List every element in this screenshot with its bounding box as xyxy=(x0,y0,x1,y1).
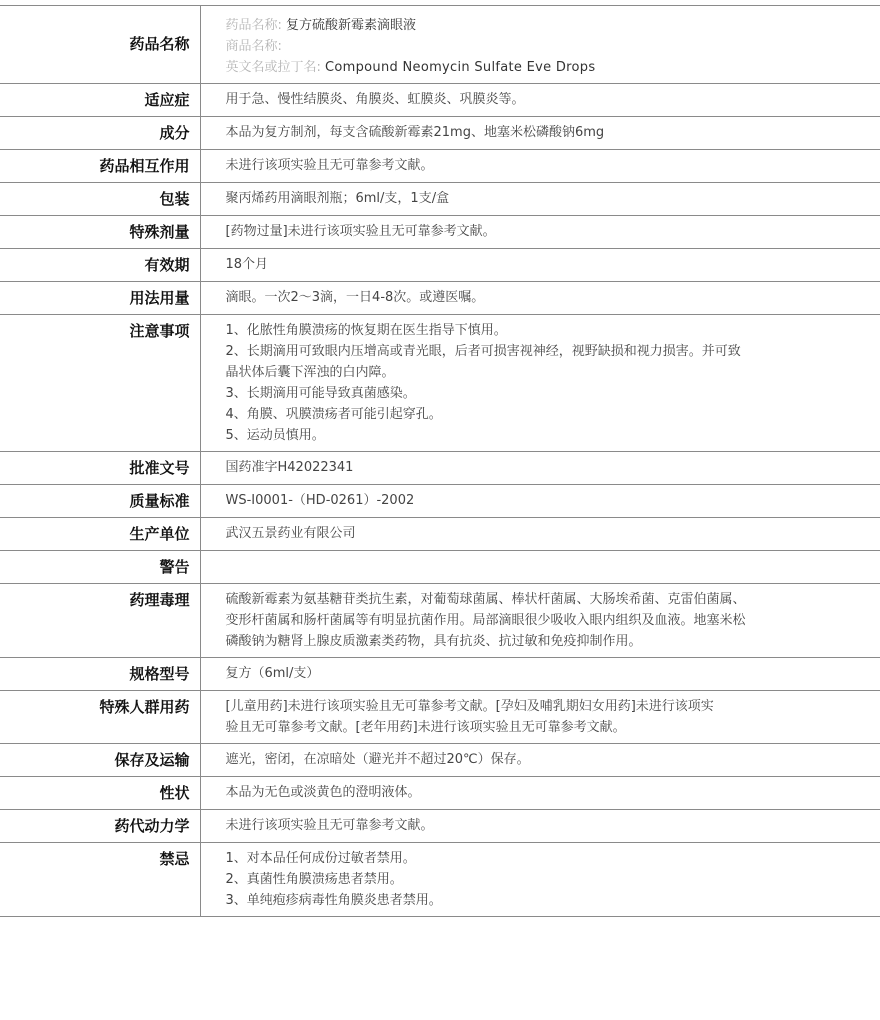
value-line: 遮光，密闭，在凉暗处（避光并不超过20℃）保存。 xyxy=(226,749,880,770)
row-value: [药物过量]未进行该项实验且无可靠参考文献。 xyxy=(200,216,880,249)
row-label: 包装 xyxy=(0,183,200,216)
value-line: 2、真菌性角膜溃疡患者禁用。 xyxy=(226,869,880,890)
row-value: 本品为复方制剂，每支含硫酸新霉素21mg、地塞米松磷酸钠6mg xyxy=(200,117,880,150)
row-value: 用于急、慢性结膜炎、角膜炎、虹膜炎、巩膜炎等。 xyxy=(200,84,880,117)
table-row: 适应症用于急、慢性结膜炎、角膜炎、虹膜炎、巩膜炎等。 xyxy=(0,84,880,117)
row-value: 18个月 xyxy=(200,249,880,282)
value-line: 2、长期滴用可致眼内压增高或青光眼，后者可损害视神经，视野缺损和视力损害。并可致 xyxy=(226,341,880,362)
row-label: 批准文号 xyxy=(0,452,200,485)
value-line: 3、单纯疱疹病毒性角膜炎患者禁用。 xyxy=(226,890,880,911)
value-line: 变形杆菌属和肠杆菌属等有明显抗菌作用。局部滴眼很少吸收入眼内组织及血液。地塞米松 xyxy=(226,610,880,631)
generic-name-value: 复方硫酸新霉素滴眼液 xyxy=(286,18,416,33)
row-label: 规格型号 xyxy=(0,658,200,691)
row-label: 药品相互作用 xyxy=(0,150,200,183)
value-line: 验且无可靠参考文献。[老年用药]未进行该项实验且无可靠参考文献。 xyxy=(226,717,880,738)
table-row: 保存及运输遮光，密闭，在凉暗处（避光并不超过20℃）保存。 xyxy=(0,744,880,777)
value-line: WS-I0001-（HD-0261）-2002 xyxy=(226,490,880,511)
row-label: 药品名称 xyxy=(0,6,200,84)
row-value: 药品名称: 复方硫酸新霉素滴眼液 商品名称: 英文名或拉丁名: Compound… xyxy=(200,6,880,84)
english-name-line: 英文名或拉丁名: Compound Neomycin Sulfate Eve D… xyxy=(226,57,880,78)
table-row: 特殊剂量[药物过量]未进行该项实验且无可靠参考文献。 xyxy=(0,216,880,249)
row-value: 硫酸新霉素为氨基糖苷类抗生素，对葡萄球菌属、棒状杆菌属、大肠埃希菌、克雷伯菌属、… xyxy=(200,584,880,658)
row-label: 成分 xyxy=(0,117,200,150)
value-line: 复方（6ml/支） xyxy=(226,663,880,684)
row-label: 生产单位 xyxy=(0,518,200,551)
table-row: 药理毒理硫酸新霉素为氨基糖苷类抗生素，对葡萄球菌属、棒状杆菌属、大肠埃希菌、克雷… xyxy=(0,584,880,658)
row-value: 未进行该项实验且无可靠参考文献。 xyxy=(200,150,880,183)
row-value: 武汉五景药业有限公司 xyxy=(200,518,880,551)
table-row: 质量标准WS-I0001-（HD-0261）-2002 xyxy=(0,485,880,518)
row-label: 性状 xyxy=(0,777,200,810)
value-line: 5、运动员慎用。 xyxy=(226,425,880,446)
row-label: 用法用量 xyxy=(0,282,200,315)
generic-name-line: 药品名称: 复方硫酸新霉素滴眼液 xyxy=(226,15,880,36)
row-value: 复方（6ml/支） xyxy=(200,658,880,691)
value-line: 未进行该项实验且无可靠参考文献。 xyxy=(226,155,880,176)
value-line: 用于急、慢性结膜炎、角膜炎、虹膜炎、巩膜炎等。 xyxy=(226,89,880,110)
row-value: 1、化脓性角膜溃疡的恢复期在医生指导下慎用。2、长期滴用可致眼内压增高或青光眼，… xyxy=(200,315,880,452)
value-line: [儿童用药]未进行该项实验且无可靠参考文献。[孕妇及哺乳期妇女用药]未进行该项实 xyxy=(226,696,880,717)
drug-spec-table: 药品名称 药品名称: 复方硫酸新霉素滴眼液 商品名称: 英文名或拉丁名: Com… xyxy=(0,5,880,917)
row-value: 未进行该项实验且无可靠参考文献。 xyxy=(200,810,880,843)
table-row: 包装聚丙烯药用滴眼剂瓶；6ml/支，1支/盒 xyxy=(0,183,880,216)
row-value: 国药准字H42022341 xyxy=(200,452,880,485)
value-line: 磷酸钠为糖肾上腺皮质激素类药物，具有抗炎、抗过敏和免疫抑制作用。 xyxy=(226,631,880,652)
row-label: 药理毒理 xyxy=(0,584,200,658)
table-row: 注意事项1、化脓性角膜溃疡的恢复期在医生指导下慎用。2、长期滴用可致眼内压增高或… xyxy=(0,315,880,452)
row-label: 注意事项 xyxy=(0,315,200,452)
table-row: 禁忌1、对本品任何成份过敏者禁用。2、真菌性角膜溃疡患者禁用。3、单纯疱疹病毒性… xyxy=(0,843,880,917)
value-line: 武汉五景药业有限公司 xyxy=(226,523,880,544)
value-line: 聚丙烯药用滴眼剂瓶；6ml/支，1支/盒 xyxy=(226,188,880,209)
value-line xyxy=(226,556,880,577)
row-value: 1、对本品任何成份过敏者禁用。2、真菌性角膜溃疡患者禁用。3、单纯疱疹病毒性角膜… xyxy=(200,843,880,917)
row-label: 质量标准 xyxy=(0,485,200,518)
row-value: 滴眼。一次2～3滴，一日4-8次。或遵医嘱。 xyxy=(200,282,880,315)
value-line: 硫酸新霉素为氨基糖苷类抗生素，对葡萄球菌属、棒状杆菌属、大肠埃希菌、克雷伯菌属、 xyxy=(226,589,880,610)
table-row: 成分本品为复方制剂，每支含硫酸新霉素21mg、地塞米松磷酸钠6mg xyxy=(0,117,880,150)
value-line: 本品为复方制剂，每支含硫酸新霉素21mg、地塞米松磷酸钠6mg xyxy=(226,122,880,143)
value-line: 滴眼。一次2～3滴，一日4-8次。或遵医嘱。 xyxy=(226,287,880,308)
value-line: 1、化脓性角膜溃疡的恢复期在医生指导下慎用。 xyxy=(226,320,880,341)
table-row-drug-name: 药品名称 药品名称: 复方硫酸新霉素滴眼液 商品名称: 英文名或拉丁名: Com… xyxy=(0,6,880,84)
row-label: 特殊剂量 xyxy=(0,216,200,249)
row-value: 聚丙烯药用滴眼剂瓶；6ml/支，1支/盒 xyxy=(200,183,880,216)
value-line: 4、角膜、巩膜溃疡者可能引起穿孔。 xyxy=(226,404,880,425)
table-row: 药代动力学未进行该项实验且无可靠参考文献。 xyxy=(0,810,880,843)
row-value: 本品为无色或淡黄色的澄明液体。 xyxy=(200,777,880,810)
table-row: 特殊人群用药[儿童用药]未进行该项实验且无可靠参考文献。[孕妇及哺乳期妇女用药]… xyxy=(0,691,880,744)
table-row: 药品相互作用未进行该项实验且无可靠参考文献。 xyxy=(0,150,880,183)
value-line: 晶状体后囊下浑浊的白内障。 xyxy=(226,362,880,383)
table-row: 规格型号复方（6ml/支） xyxy=(0,658,880,691)
row-value: 遮光，密闭，在凉暗处（避光并不超过20℃）保存。 xyxy=(200,744,880,777)
row-label: 有效期 xyxy=(0,249,200,282)
row-value: WS-I0001-（HD-0261）-2002 xyxy=(200,485,880,518)
table-row: 生产单位武汉五景药业有限公司 xyxy=(0,518,880,551)
table-row: 性状本品为无色或淡黄色的澄明液体。 xyxy=(0,777,880,810)
value-line: [药物过量]未进行该项实验且无可靠参考文献。 xyxy=(226,221,880,242)
row-value: [儿童用药]未进行该项实验且无可靠参考文献。[孕妇及哺乳期妇女用药]未进行该项实… xyxy=(200,691,880,744)
value-line: 1、对本品任何成份过敏者禁用。 xyxy=(226,848,880,869)
trade-name-line: 商品名称: xyxy=(226,36,880,57)
row-label: 适应症 xyxy=(0,84,200,117)
value-line: 国药准字H42022341 xyxy=(226,457,880,478)
table-row: 警告 xyxy=(0,551,880,584)
row-label: 药代动力学 xyxy=(0,810,200,843)
value-line: 未进行该项实验且无可靠参考文献。 xyxy=(226,815,880,836)
row-label: 警告 xyxy=(0,551,200,584)
table-row: 用法用量滴眼。一次2～3滴，一日4-8次。或遵医嘱。 xyxy=(0,282,880,315)
english-name-value: Compound Neomycin Sulfate Eve Drops xyxy=(325,60,595,75)
row-label: 保存及运输 xyxy=(0,744,200,777)
table-row: 批准文号国药准字H42022341 xyxy=(0,452,880,485)
row-label: 禁忌 xyxy=(0,843,200,917)
value-line: 18个月 xyxy=(226,254,880,275)
value-line: 3、长期滴用可能导致真菌感染。 xyxy=(226,383,880,404)
value-line: 本品为无色或淡黄色的澄明液体。 xyxy=(226,782,880,803)
table-row: 有效期18个月 xyxy=(0,249,880,282)
row-label: 特殊人群用药 xyxy=(0,691,200,744)
row-value xyxy=(200,551,880,584)
